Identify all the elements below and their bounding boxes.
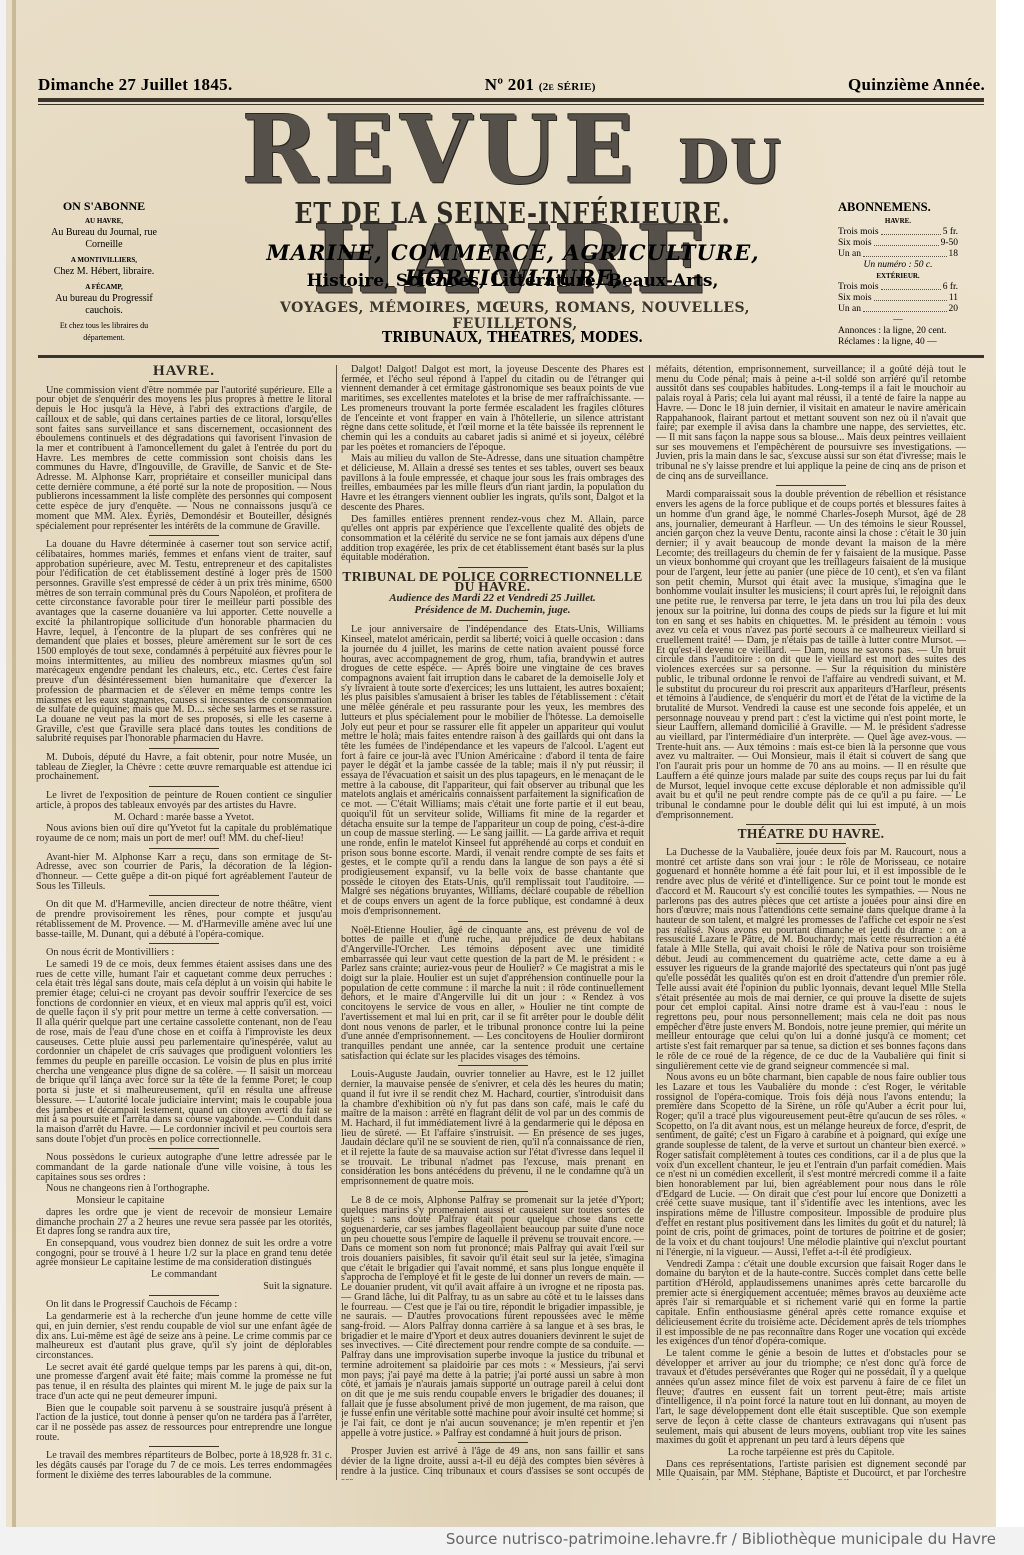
issue-date: Dimanche 27 Juillet 1845.	[38, 75, 233, 95]
article-paragraph: Mardi comparaissait sous la double préve…	[656, 490, 966, 820]
article-paragraph: Le livret de l'exposition de peinture de…	[36, 791, 332, 810]
subscription-rates: ABONNEMENS. HAVRE. Trois mois5 fr. Six m…	[838, 202, 958, 348]
article-paragraph: La douane du Havre déterminée à caserner…	[36, 540, 332, 744]
section-heading-tribunal: TRIBUNAL DE POLICE CORRECTIONNELLE DU HA…	[341, 572, 644, 591]
single-issue-price: Un numéro : 50 c.	[838, 260, 958, 271]
column-3: méfaits, détention, emprisonnement, surv…	[656, 365, 966, 1480]
article-paragraph: M. Dubois, député du Havre, a fait obten…	[36, 753, 332, 782]
column-1: HAVRE. Une commission vient d'être nommé…	[36, 365, 332, 1480]
article-paragraph: Louis-Auguste Jaudain, ouvrier tonnelier…	[341, 1070, 644, 1186]
article-paragraph: La Duchesse de la Vaubalière, jouée deux…	[656, 848, 966, 1071]
source-credit: Source nutrisco-patrimoine.lehavre.fr / …	[446, 1530, 996, 1548]
article-paragraph: On dit que M. d'Harmeville, ancien direc…	[36, 900, 332, 939]
article-paragraph: méfaits, détention, emprisonnement, surv…	[656, 365, 966, 481]
rate-row: Six mois9-50	[838, 238, 958, 249]
column-divider	[649, 365, 650, 1480]
promo-rate: Réclames : la ligne, 40 —	[838, 337, 958, 348]
viewer-margin	[996, 0, 1024, 1527]
rates-title: ABONNEMENS.	[838, 202, 958, 213]
article-paragraph: Dalgot! Dalgot! Dalgot est mort, la joye…	[341, 365, 644, 452]
article-paragraph: On nous écrit de Montivilliers :	[36, 948, 332, 958]
article-paragraph: Le talent comme le génie a besoin de lut…	[656, 1349, 966, 1446]
issue-series: (2e SÉRIE)	[539, 81, 596, 93]
article-paragraph: Mais au milieu du vallon de Ste-Adresse,…	[341, 454, 644, 512]
article-paragraph: Vendredi Zampa : c'était une double excu…	[656, 1260, 966, 1347]
letter-signature: Le commandant	[36, 1270, 332, 1280]
article-paragraph: Le travail des membres répartiteurs de B…	[36, 1451, 332, 1480]
article-paragraph: Des familles entières prennent rendez-vo…	[341, 515, 644, 564]
column-2: Dalgot! Dalgot! Dalgot est mort, la joye…	[341, 365, 644, 1480]
section-heading-havre: HAVRE.	[36, 367, 332, 377]
masthead-subtitle: ET DE LA SEINE-INFÉRIEURE.	[289, 196, 736, 230]
article-paragraph: Bien que le coupable soit parvenu à se s…	[36, 1404, 332, 1443]
ads-rate: Annonces : la ligne, 20 cent.	[838, 326, 958, 337]
court-session: Audience des Mardi 22 et Vendredi 25 Jui…	[341, 592, 644, 604]
article-paragraph: Nous ne changeons rien à l'orthographe.	[36, 1184, 332, 1194]
letter-note: Suit la signature.	[36, 1282, 332, 1292]
article-paragraph: Nous avions bien ouï dire qu'Yvetot fut …	[36, 824, 332, 843]
letter-body: En consepquand, vous voudrez bien donnez…	[36, 1239, 332, 1268]
masthead-bottom-rule	[38, 355, 984, 358]
rate-row: Un an20	[838, 304, 958, 315]
article-paragraph: Noël-Etienne Houlier, âgé de cinquante a…	[341, 926, 644, 1062]
article-paragraph: Le samedi 19 de ce mois, deux femmes éta…	[36, 960, 332, 1144]
rate-row: Un an18	[838, 249, 958, 260]
issue-number: Nº 201 (2e SÉRIE)	[485, 75, 596, 95]
letter-body: dapres les ordre que je vient de recevoi…	[36, 1208, 332, 1237]
article-paragraph: On lit dans le Progressif Cauchois de Fé…	[36, 1300, 332, 1310]
column-divider	[336, 365, 337, 1480]
article-paragraph: La gendarmerie est à la recherche d'un j…	[36, 1312, 332, 1361]
article-paragraph: Une commission vient d'être nommée par l…	[36, 386, 332, 532]
court-presidency: Présidence de M. Duchemin, juge.	[341, 604, 644, 616]
article-paragraph: Le 8 de ce mois, Alphonse Palfray se pro…	[341, 1196, 644, 1439]
article-paragraph: Prosper Juvien est arrivé à l'âge de 49 …	[341, 1447, 644, 1480]
rate-row: Trois mois5 fr.	[838, 227, 958, 238]
quote-line: La roche tarpéienne est près du Capitole…	[656, 1448, 966, 1458]
subscription-title: ON S'ABONNE	[44, 200, 164, 212]
article-paragraph: Le jour anniversaire de l'indépendance d…	[341, 625, 644, 916]
article-paragraph: Nous avons eu un bôte charmant, bien cap…	[656, 1073, 966, 1257]
article-paragraph: Dans ces représentations, l'artiste pari…	[656, 1460, 966, 1480]
page-edge	[12, 0, 16, 1527]
quoted-title: M. Ochard : marée basse a Yvetot.	[36, 813, 332, 823]
subscription-info: ON S'ABONNE AU HAVRE, Au Bureau du Journ…	[44, 200, 164, 344]
article-paragraph: Nous possèdons le curieux autographe d'u…	[36, 1153, 332, 1182]
issue-header: Dimanche 27 Juillet 1845. Nº 201 (2e SÉR…	[38, 75, 985, 95]
article-paragraph: Le secret avait été gardé quelque temps …	[36, 1363, 332, 1402]
section-heading-theatre: THÉATRE DU HAVRE.	[656, 829, 966, 839]
masthead-topics-2: Histoire, Sciences, Littérature, Beaux-A…	[240, 271, 785, 291]
issue-year: Quinzième Année.	[848, 75, 985, 95]
letter-salutation: Monsieur le capitaine	[36, 1196, 332, 1206]
masthead-topics-4: TRIBUNAUX, THÉATRES, MODES.	[267, 328, 758, 346]
article-columns: HAVRE. Une commission vient d'être nommé…	[36, 365, 986, 1480]
rate-row: Trois mois6 fr.	[838, 282, 958, 293]
rate-row: Six mois11	[838, 293, 958, 304]
article-paragraph: Avant-hier M. Alphonse Karr a reçu, dans…	[36, 853, 332, 892]
